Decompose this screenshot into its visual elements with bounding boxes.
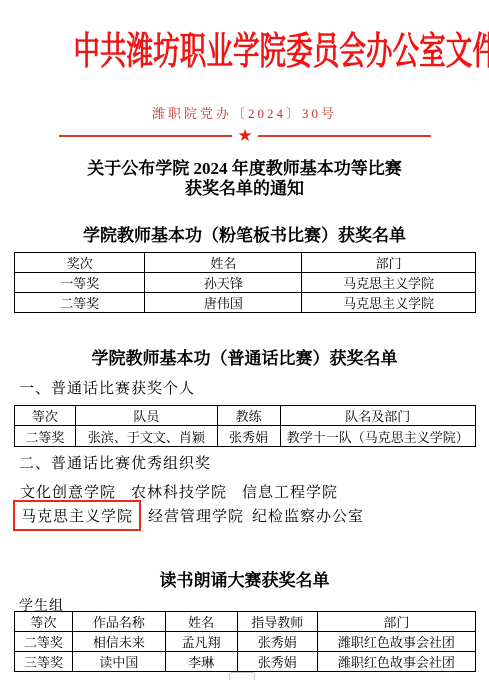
table-row: 二等奖 唐伟国 马克思主义学院 — [15, 293, 476, 313]
column-header: 姓名 — [145, 253, 302, 273]
column-header: 等次 — [15, 612, 73, 632]
table-row: 三等奖 读中国 李琳 张秀娟 潍职红色故事会社团 — [15, 652, 476, 672]
table-row: 二等奖 相信未来 孟凡翔 张秀娟 潍职红色故事会社团 — [15, 632, 476, 652]
column-header: 队员 — [75, 406, 217, 426]
cell-award: 三等奖 — [15, 652, 73, 672]
subheading-organization-awards: 二、普通话比赛优秀组织奖 — [19, 452, 211, 473]
reading-award-table: 等次 作品名称 姓名 指导教师 部门 二等奖 相信未来 孟凡翔 张秀娟 潍职红色… — [14, 611, 476, 672]
table-header-row: 奖次 姓名 部门 — [15, 253, 476, 273]
column-header: 作品名称 — [73, 612, 166, 632]
cell-department: 马克思主义学院 — [302, 293, 476, 313]
section-heading-reading: 读书朗诵大赛获奖名单 — [0, 566, 489, 591]
subheading-individual-awards: 一、普通话比赛获奖个人 — [19, 377, 195, 398]
rule-line-left — [59, 135, 232, 137]
table-row: 二等奖 张滨、于文文、肖颖 张秀娟 教学十一队（马克思主义学院） — [15, 426, 476, 447]
table-row: 一等奖 孙天锋 马克思主义学院 — [15, 273, 476, 293]
org-name: 文化创意学院 — [20, 481, 116, 502]
document-number: 潍职院党办〔2024〕30号 — [0, 103, 489, 122]
organization-award-line2: 马克思主义学院 经营管理学院 纪检监察办公室 — [13, 500, 372, 531]
masthead-title: 中共潍坊职业学院委员会办公室文件 — [73, 28, 415, 76]
table-header-row: 等次 作品名称 姓名 指导教师 部门 — [15, 612, 476, 632]
notice-title: 关于公布学院 2024 年度教师基本功等比赛 获奖名单的通知 — [0, 159, 489, 199]
org-name: 经营管理学院 — [148, 505, 244, 526]
cell-department: 潍职红色故事会社团 — [317, 632, 475, 652]
notice-title-line2: 获奖名单的通知 — [0, 179, 489, 199]
document-page: 中共潍坊职业学院委员会办公室文件 潍职院党办〔2024〕30号 ★ 关于公布学院… — [0, 0, 489, 680]
cell-award: 二等奖 — [15, 426, 76, 447]
cell-department: 马克思主义学院 — [302, 273, 476, 293]
cell-department: 潍职红色故事会社团 — [317, 652, 475, 672]
column-header: 指导教师 — [237, 612, 317, 632]
column-header: 部门 — [302, 253, 476, 273]
cell-advisor: 张秀娟 — [237, 652, 317, 672]
rule-line-right — [258, 135, 431, 137]
org-name: 农林科技学院 — [131, 481, 227, 502]
highlighted-org-name: 马克思主义学院 — [13, 500, 141, 531]
column-header: 教练 — [217, 406, 280, 426]
cell-name: 孙天锋 — [145, 273, 302, 293]
cell-name: 唐伟国 — [145, 293, 302, 313]
cell-award: 二等奖 — [15, 293, 145, 313]
cell-work-title: 读中国 — [73, 652, 166, 672]
column-header: 部门 — [317, 612, 475, 632]
notice-title-line1: 关于公布学院 2024 年度教师基本功等比赛 — [0, 159, 489, 179]
table-header-row: 等次 队员 教练 队名及部门 — [15, 406, 476, 426]
cell-name: 孟凡翔 — [165, 632, 237, 652]
page-navigation-widget[interactable] — [229, 672, 255, 680]
cell-award: 二等奖 — [15, 632, 73, 652]
organization-award-line1: 文化创意学院 农林科技学院 信息工程学院 — [20, 481, 353, 502]
column-header: 姓名 — [165, 612, 237, 632]
column-header: 奖次 — [15, 253, 145, 273]
cell-advisor: 张秀娟 — [237, 632, 317, 652]
putonghua-award-table: 等次 队员 教练 队名及部门 二等奖 张滨、于文文、肖颖 张秀娟 教学十一队（马… — [14, 405, 476, 447]
chalkboard-award-table: 奖次 姓名 部门 一等奖 孙天锋 马克思主义学院 二等奖 唐伟国 马克思主义学院 — [14, 252, 476, 313]
section-heading-putonghua: 学院教师基本功（普通话比赛）获奖名单 — [0, 344, 489, 369]
column-header: 等次 — [15, 406, 76, 426]
org-name: 纪检监察办公室 — [252, 505, 364, 526]
column-header: 队名及部门 — [280, 406, 475, 426]
cell-work-title: 相信未来 — [73, 632, 166, 652]
cell-members: 张滨、于文文、肖颖 — [75, 426, 217, 447]
section-heading-chalkboard: 学院教师基本功（粉笔板书比赛）获奖名单 — [0, 221, 489, 246]
cell-team-department: 教学十一队（马克思主义学院） — [280, 426, 475, 447]
cell-coach: 张秀娟 — [217, 426, 280, 447]
star-icon: ★ — [232, 128, 257, 145]
masthead-rule: ★ — [59, 127, 431, 145]
cell-award: 一等奖 — [15, 273, 145, 293]
cell-name: 李琳 — [165, 652, 237, 672]
org-name: 信息工程学院 — [242, 481, 338, 502]
